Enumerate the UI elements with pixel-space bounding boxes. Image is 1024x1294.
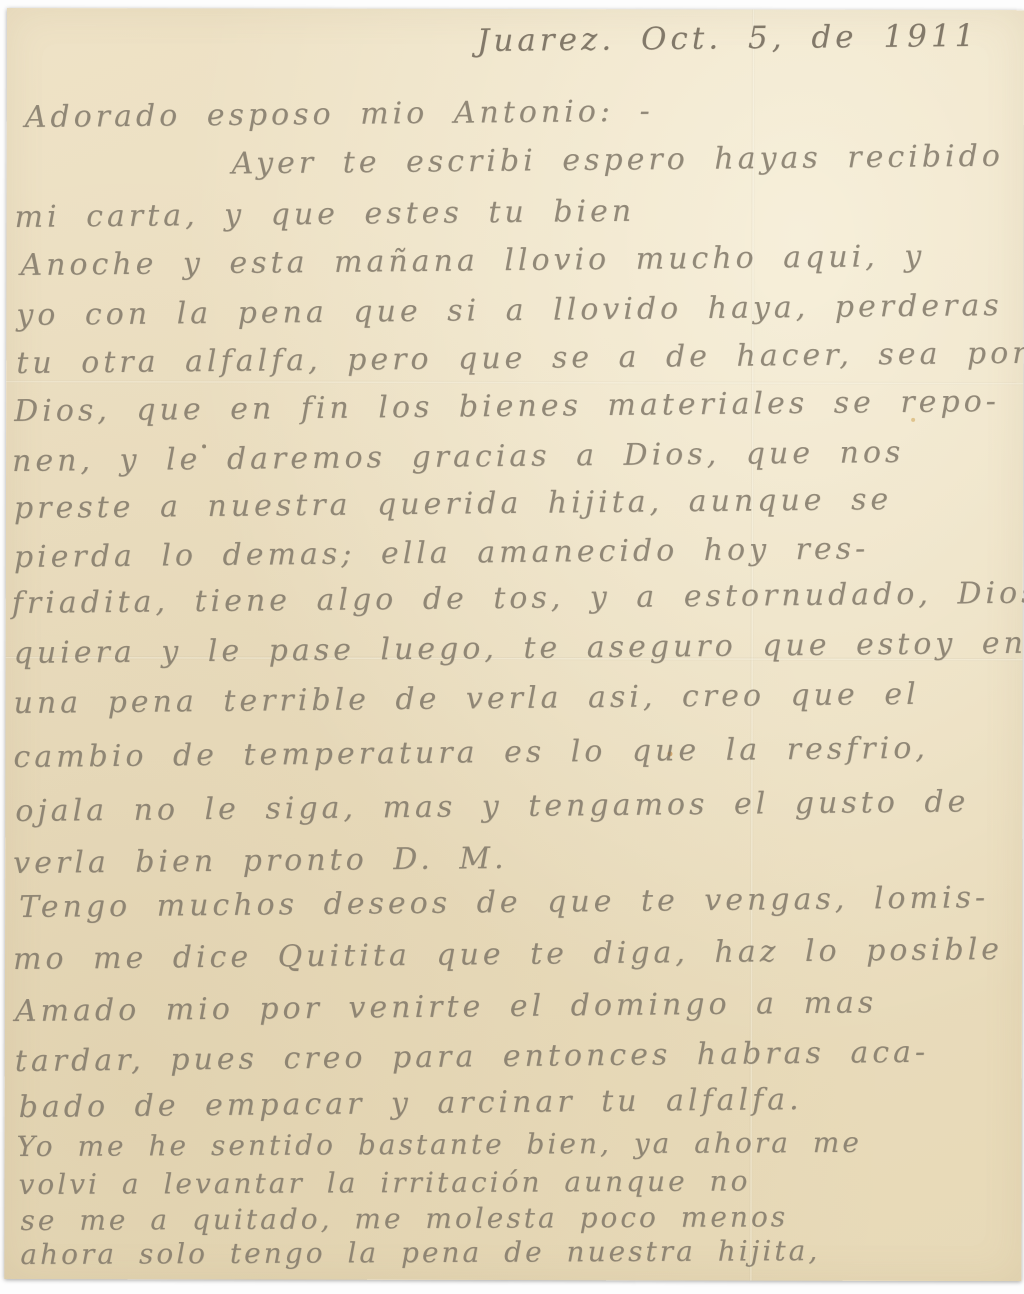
handwritten-line: se me a quitado, me molesta poco menos [20,1200,788,1237]
handwritten-line: ahora solo tengo la pena de nuestra hiji… [20,1234,820,1271]
handwritten-line: volvi a levantar la irritación aunque no [18,1164,750,1201]
handwritten-line: verla bien pronto D. M. [13,841,508,881]
handwritten-line: Dios, que en fin los bienes materiales s… [14,384,1000,429]
handwritten-line: friadita, tiene algo de tos, y a estornu… [12,576,1024,621]
handwritten-line: Amado mio por venirte el domingo a mas [15,985,878,1029]
handwritten-line: Tengo muchos deseos de que te vengas, lo… [19,880,989,925]
handwritten-line: yo con la pena que si a llovido haya, pe… [16,288,1003,333]
handwritten-line: quiera y le pase luego, te aseguro que e… [13,626,1024,671]
handwritten-line: tardar, pues creo para entonces habras a… [15,1035,930,1079]
handwritten-line: Ayer te escribi espero hayas recibido bi… [231,138,1024,182]
handwritten-line: nen, y le daremos gracias a Dios, que no… [12,435,905,479]
handwritten-line: preste a nuestra querida hijita, aunque … [14,482,893,526]
handwritten-line: mi carta, y que estes tu bien [14,194,635,235]
handwritten-line: mo me dice Quitita que te diga, haz lo p… [13,932,1003,977]
handwritten-line: Anoche y esta mañana llovio mucho aqui, … [20,239,925,283]
scanned-letter-frame: Juarez. Oct. 5, de 1911 Adorado esposo m… [0,0,1024,1294]
letter-page: Juarez. Oct. 5, de 1911 Adorado esposo m… [4,8,1024,1281]
handwritten-line: pierda lo demas; ella amanecido hoy res- [14,531,870,575]
dateline: Juarez. Oct. 5, de 1911 [477,18,979,59]
handwritten-line: cambio de temperatura es lo que la resfr… [13,731,929,775]
handwritten-line: una pena terrible de verla asi, creo que… [13,677,919,721]
handwritten-line: Yo me he sentido bastante bien, ya ahora… [17,1126,862,1163]
handwritten-line: tu otra alfalfa, pero que se a de hacer,… [16,336,1024,381]
handwritten-line: ojala no le siga, mas y tengamos el gust… [15,784,969,829]
handwritten-line: bado de empacar y arcinar tu alfalfa. [19,1082,803,1125]
salutation-line: Adorado esposo mio Antonio: - [25,94,654,135]
